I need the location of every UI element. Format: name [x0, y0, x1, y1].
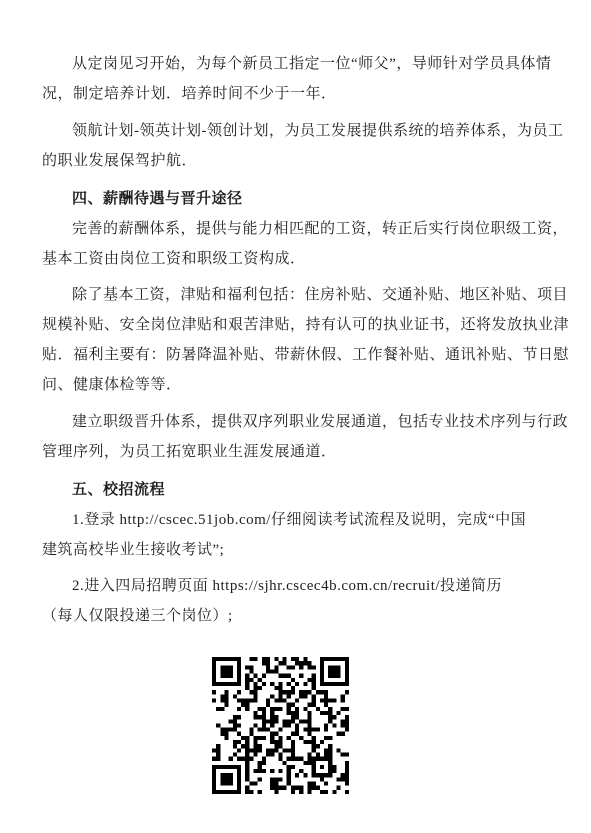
- document-page: 从定岗见习开始，为每个新员工指定一位“师父”，导师针对学员具体情 况，制定培养计…: [0, 0, 591, 833]
- text-line: 建立职级晋升体系，提供双序列职业发展通道，包括专业技术序列与行政: [42, 407, 547, 437]
- text-line: （每人仅限投递三个岗位）;: [42, 601, 547, 631]
- paragraph-mentor: 从定岗见习开始，为每个新员工指定一位“师父”，导师针对学员具体情 况，制定培养计…: [42, 49, 547, 109]
- paragraph-promotion-channels: 建立职级晋升体系，提供双序列职业发展通道，包括专业技术序列与行政 管理序列，为员…: [42, 407, 547, 467]
- heading-line: 五、校招流程: [42, 475, 547, 505]
- qr-code: [212, 657, 349, 794]
- qr-finder-bottom-left: [212, 765, 241, 794]
- section-heading-salary: 四、薪酬待遇与晋升途径: [42, 184, 547, 214]
- text-line: 况，制定培养计划．培养时间不少于一年．: [42, 79, 547, 109]
- text-line: 除了基本工资，津贴和福利包括：住房补贴、交通补贴、地区补贴、项目: [42, 280, 547, 310]
- document-body: 从定岗见习开始，为每个新员工指定一位“师父”，导师针对学员具体情 况，制定培养计…: [42, 49, 547, 638]
- text-line: 的职业发展保驾护航．: [42, 146, 547, 176]
- qr-code-svg: [212, 657, 349, 794]
- qr-finder-top-left: [212, 657, 241, 686]
- text-line: 2.进入四局招聘页面 https://sjhr.cscec4b.com.cn/r…: [42, 571, 547, 601]
- text-line: 从定岗见习开始，为每个新员工指定一位“师父”，导师针对学员具体情: [42, 49, 547, 79]
- paragraph-subsidies-benefits: 除了基本工资，津贴和福利包括：住房补贴、交通补贴、地区补贴、项目 规模补贴、安全…: [42, 280, 547, 400]
- text-line: 1.登录 http://cscec.51job.com/仔细阅读考试流程及说明，…: [42, 505, 547, 535]
- text-line: 基本工资由岗位工资和职级工资构成．: [42, 244, 547, 274]
- text-line: 规模补贴、安全岗位津贴和艰苦津贴，持有认可的执业证书，还将发放执业津: [42, 310, 547, 340]
- qr-alignment-pattern: [312, 757, 333, 778]
- qr-finder-top-right: [320, 657, 349, 686]
- paragraph-salary-system: 完善的薪酬体系，提供与能力相匹配的工资，转正后实行岗位职级工资， 基本工资由岗位…: [42, 214, 547, 274]
- text-line: 完善的薪酬体系，提供与能力相匹配的工资，转正后实行岗位职级工资，: [42, 214, 547, 244]
- text-line: 建筑高校毕业生接收考试”;: [42, 535, 547, 565]
- section-heading-recruit-process: 五、校招流程: [42, 475, 547, 505]
- text-line: 管理序列，为员工拓宽职业生涯发展通道．: [42, 437, 547, 467]
- heading-line: 四、薪酬待遇与晋升途径: [42, 184, 547, 214]
- paragraph-step2-apply: 2.进入四局招聘页面 https://sjhr.cscec4b.com.cn/r…: [42, 571, 547, 631]
- paragraph-training-plans: 领航计划-领英计划-领创计划，为员工发展提供系统的培养体系，为员工 的职业发展保…: [42, 116, 547, 176]
- text-line: 领航计划-领英计划-领创计划，为员工发展提供系统的培养体系，为员工: [42, 116, 547, 146]
- text-line: 贴．福利主要有：防暑降温补贴、带薪休假、工作餐补贴、通讯补贴、节日慰: [42, 340, 547, 370]
- paragraph-step1-login: 1.登录 http://cscec.51job.com/仔细阅读考试流程及说明，…: [42, 505, 547, 565]
- text-line: 问、健康体检等等．: [42, 370, 547, 400]
